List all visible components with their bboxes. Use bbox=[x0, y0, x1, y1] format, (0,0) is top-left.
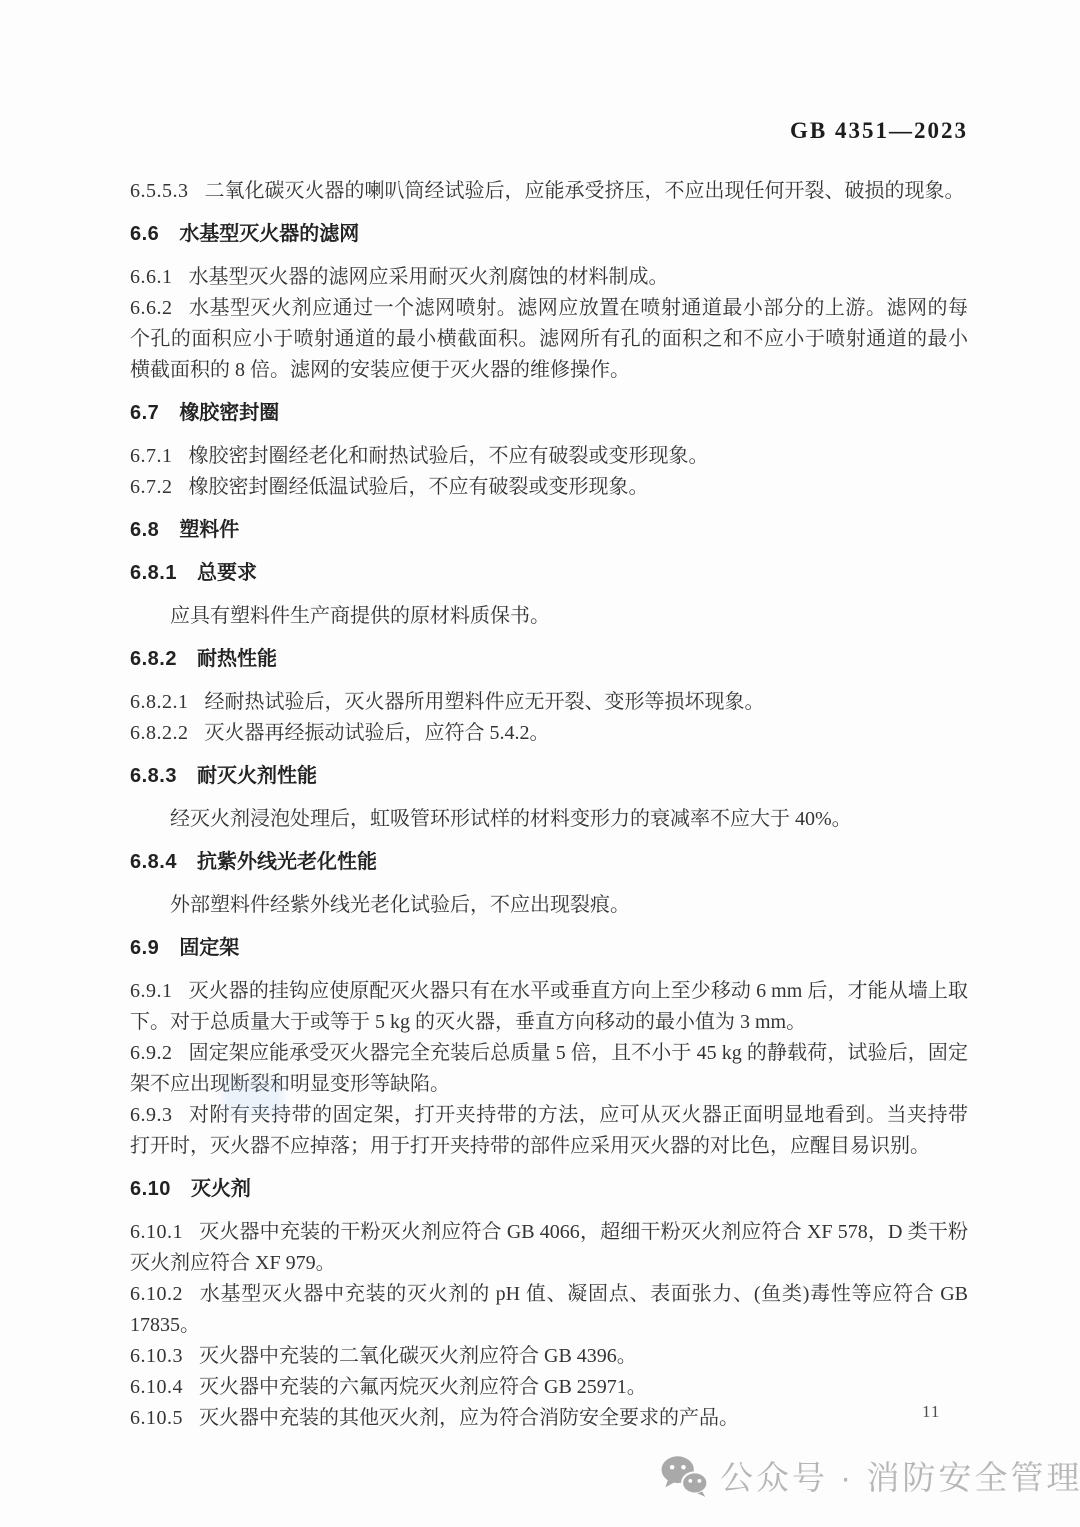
wechat-icon bbox=[660, 1455, 708, 1497]
clause-text: 灭火剂 bbox=[191, 1178, 251, 1200]
page-content: GB 4351—2023 6.5.5.3二氧化碳灭火器的喇叭筒经试验后，应能承受… bbox=[130, 118, 968, 1434]
clause-6-8-2-2: 6.8.2.2灭火器再经振动试验后，应符合 5.4.2。 bbox=[130, 718, 968, 749]
clause-text: 耐灭火剂性能 bbox=[197, 765, 317, 787]
clause-6-7-1: 6.7.1橡胶密封圈经老化和耐热试验后，不应有破裂或变形现象。 bbox=[130, 441, 968, 472]
clause-number: 6.9.1 bbox=[130, 980, 173, 1002]
watermark-text: 公众号 · 消防安全管理员 bbox=[720, 1452, 1080, 1499]
clause-number: 6.8.2.1 bbox=[130, 691, 189, 713]
clause-6-8-1: 6.8.1总要求 bbox=[130, 558, 968, 589]
clause-number: 6.10 bbox=[130, 1178, 171, 1200]
clause-6-8-2-1: 6.8.2.1经耐热试验后，灭火器所用塑料件应无开裂、变形等损坏现象。 bbox=[130, 687, 968, 718]
clause-number: 6.8.1 bbox=[130, 562, 177, 584]
clause-text: 灭火器中充装的其他灭火剂，应为符合消防安全要求的产品。 bbox=[199, 1407, 739, 1429]
clause-text: 水基型灭火器的滤网应采用耐灭火剂腐蚀的材料制成。 bbox=[189, 266, 669, 288]
clause-number: 6.10.5 bbox=[130, 1407, 183, 1429]
clause-number: 6.9.3 bbox=[130, 1104, 173, 1126]
page-number: 11 bbox=[922, 1402, 940, 1422]
clause-number: 6.10.3 bbox=[130, 1345, 183, 1367]
clause-paragraph: 应具有塑料件生产商提供的原材料质保书。 bbox=[130, 601, 968, 632]
clause-number: 6.7.1 bbox=[130, 445, 173, 467]
clause-6-8-4: 6.8.4抗紫外线光老化性能 bbox=[130, 847, 968, 878]
clause-list: 6.5.5.3二氧化碳灭火器的喇叭筒经试验后，应能承受挤压，不应出现任何开裂、破… bbox=[130, 176, 968, 1434]
clause-text: 灭火器再经振动试验后，应符合 5.4.2。 bbox=[205, 722, 550, 744]
clause-text: 水基型灭火器的滤网 bbox=[179, 223, 359, 245]
clause-text: 耐热性能 bbox=[197, 648, 277, 670]
clause-text: 水基型灭火器中充装的灭火剂的 pH 值、凝固点、表面张力、(鱼类)毒性等应符合 … bbox=[130, 1283, 968, 1336]
clause-paragraph: 经灭火剂浸泡处理后，虹吸管环形试样的材料变形力的衰减率不应大于 40%。 bbox=[130, 804, 968, 835]
clause-text: 灭火器的挂钩应使原配灭火器只有在水平或垂直方向上至少移动 6 mm 后，才能从墙… bbox=[130, 980, 968, 1033]
clause-text: 灭火器中充装的二氧化碳灭火剂应符合 GB 4396。 bbox=[199, 1345, 637, 1367]
standard-code: GB 4351—2023 bbox=[130, 118, 968, 144]
clause-number: 6.8.4 bbox=[130, 851, 177, 873]
clause-6-6-2: 6.6.2水基型灭火剂应通过一个滤网喷射。滤网应放置在喷射通道最小部分的上游。滤… bbox=[130, 293, 968, 386]
clause-text: 二氧化碳灭火器的喇叭筒经试验后，应能承受挤压，不应出现任何开裂、破损的现象。 bbox=[205, 180, 965, 202]
clause-number: 6.8.3 bbox=[130, 765, 177, 787]
clause-6-8-2: 6.8.2耐热性能 bbox=[130, 644, 968, 675]
clause-6-5-5-3: 6.5.5.3二氧化碳灭火器的喇叭筒经试验后，应能承受挤压，不应出现任何开裂、破… bbox=[130, 176, 968, 207]
clause-number: 6.10.4 bbox=[130, 1376, 183, 1398]
clause-6-10-5: 6.10.5灭火器中充装的其他灭火剂，应为符合消防安全要求的产品。 bbox=[130, 1403, 968, 1434]
clause-text: 灭火器中充装的六氟丙烷灭火剂应符合 GB 25971。 bbox=[199, 1376, 647, 1398]
clause-6-9-1: 6.9.1灭火器的挂钩应使原配灭火器只有在水平或垂直方向上至少移动 6 mm 后… bbox=[130, 976, 968, 1038]
scan-artifact bbox=[222, 1078, 284, 1116]
document-page: GB 4351—2023 6.5.5.3二氧化碳灭火器的喇叭筒经试验后，应能承受… bbox=[0, 0, 1080, 1527]
clause-6-10: 6.10灭火剂 bbox=[130, 1174, 968, 1205]
clause-number: 6.5.5.3 bbox=[130, 180, 189, 202]
clause-text: 总要求 bbox=[197, 562, 257, 584]
clause-number: 6.8 bbox=[130, 519, 159, 541]
clause-6-10-4: 6.10.4灭火器中充装的六氟丙烷灭火剂应符合 GB 25971。 bbox=[130, 1372, 968, 1403]
clause-text: 经灭火剂浸泡处理后，虹吸管环形试样的材料变形力的衰减率不应大于 40%。 bbox=[170, 808, 852, 830]
clause-number: 6.7.2 bbox=[130, 476, 173, 498]
clause-number: 6.6.2 bbox=[130, 297, 173, 319]
clause-text: 水基型灭火剂应通过一个滤网喷射。滤网应放置在喷射通道最小部分的上游。滤网的每个孔… bbox=[130, 297, 968, 381]
clause-6-6-1: 6.6.1水基型灭火器的滤网应采用耐灭火剂腐蚀的材料制成。 bbox=[130, 262, 968, 293]
clause-number: 6.9 bbox=[130, 937, 159, 959]
clause-number: 6.10.2 bbox=[130, 1283, 183, 1305]
clause-paragraph: 外部塑料件经紫外线光老化试验后，不应出现裂痕。 bbox=[130, 890, 968, 921]
clause-text: 抗紫外线光老化性能 bbox=[197, 851, 377, 873]
clause-6-8-3: 6.8.3耐灭火剂性能 bbox=[130, 761, 968, 792]
clause-number: 6.9.2 bbox=[130, 1042, 173, 1064]
clause-6-7: 6.7橡胶密封圈 bbox=[130, 398, 968, 429]
clause-text: 橡胶密封圈 bbox=[179, 402, 279, 424]
clause-6-10-3: 6.10.3灭火器中充装的二氧化碳灭火剂应符合 GB 4396。 bbox=[130, 1341, 968, 1372]
clause-text: 橡胶密封圈经低温试验后，不应有破裂或变形现象。 bbox=[189, 476, 649, 498]
clause-number: 6.6 bbox=[130, 223, 159, 245]
clause-text: 灭火器中充装的干粉灭火剂应符合 GB 4066，超细干粉灭火剂应符合 XF 57… bbox=[130, 1221, 968, 1274]
clause-text: 应具有塑料件生产商提供的原材料质保书。 bbox=[170, 605, 550, 627]
clause-number: 6.8.2 bbox=[130, 648, 177, 670]
clause-6-7-2: 6.7.2橡胶密封圈经低温试验后，不应有破裂或变形现象。 bbox=[130, 472, 968, 503]
clause-6-10-1: 6.10.1灭火器中充装的干粉灭火剂应符合 GB 4066，超细干粉灭火剂应符合… bbox=[130, 1217, 968, 1279]
clause-number: 6.8.2.2 bbox=[130, 722, 189, 744]
clause-text: 固定架 bbox=[179, 937, 239, 959]
clause-number: 6.6.1 bbox=[130, 266, 173, 288]
clause-number: 6.7 bbox=[130, 402, 159, 424]
clause-text: 橡胶密封圈经老化和耐热试验后，不应有破裂或变形现象。 bbox=[189, 445, 709, 467]
clause-number: 6.10.1 bbox=[130, 1221, 183, 1243]
clause-6-10-2: 6.10.2水基型灭火器中充装的灭火剂的 pH 值、凝固点、表面张力、(鱼类)毒… bbox=[130, 1279, 968, 1341]
clause-6-9: 6.9固定架 bbox=[130, 933, 968, 964]
clause-text: 塑料件 bbox=[179, 519, 239, 541]
clause-text: 外部塑料件经紫外线光老化试验后，不应出现裂痕。 bbox=[170, 894, 630, 916]
watermark: 公众号 · 消防安全管理员 bbox=[660, 1452, 1080, 1499]
clause-6-8: 6.8塑料件 bbox=[130, 515, 968, 546]
clause-text: 经耐热试验后，灭火器所用塑料件应无开裂、变形等损坏现象。 bbox=[205, 691, 765, 713]
clause-6-6: 6.6水基型灭火器的滤网 bbox=[130, 219, 968, 250]
